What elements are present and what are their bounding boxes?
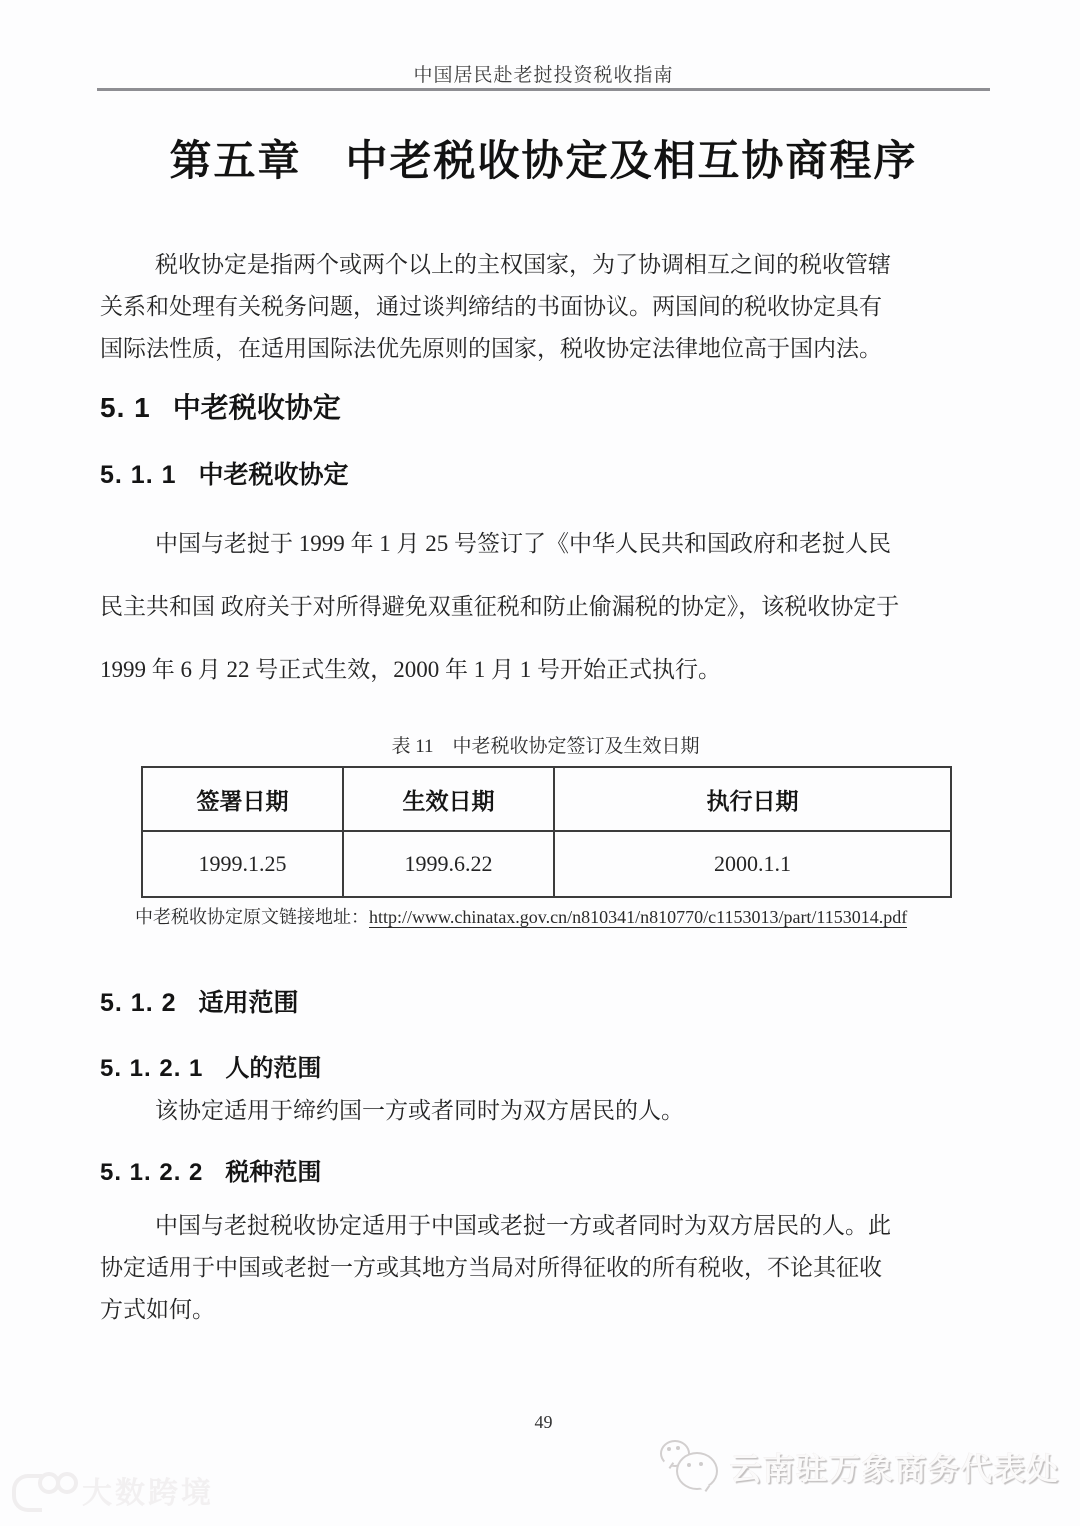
paragraph-line: 中国与老挝税收协定适用于中国或老挝一方或者同时为双方居民的人。此 bbox=[100, 1205, 986, 1247]
section-number: 5. 1. 1 bbox=[100, 461, 177, 489]
tax-scope-paragraph: 中国与老挝税收协定适用于中国或老挝一方或者同时为双方居民的人。此 协定适用于中国… bbox=[100, 1205, 986, 1331]
chapter-title: 第五章 中老税收协定及相互协商程序 bbox=[97, 128, 990, 188]
paragraph-line: 中国与老挝于 1999 年 1 月 25 号签订了《中华人民共和国政府和老挝人民 bbox=[100, 512, 986, 575]
section-heading-5-1-2-1: 5. 1. 2. 1人的范围 bbox=[100, 1048, 321, 1083]
paragraph-line: 民主共和国 政府关于对所得避免双重征税和防止偷漏税的协定》，该税收协定于 bbox=[100, 575, 986, 638]
section-number: 5. 1. 2. 1 bbox=[100, 1055, 203, 1082]
section-title: 适用范围 bbox=[199, 989, 299, 1017]
table-cell: 1999.6.22 bbox=[343, 831, 554, 897]
table-caption: 表 11 中老税收协定签订及生效日期 bbox=[141, 731, 950, 758]
section-title: 中老税收协定 bbox=[199, 461, 349, 489]
treaty-dates-table: 签署日期 生效日期 执行日期 1999.1.25 1999.6.22 2000.… bbox=[141, 766, 952, 898]
running-header: 中国居民赴老挝投资税收指南 bbox=[97, 60, 990, 87]
header-divider bbox=[97, 88, 990, 91]
section-title: 税种范围 bbox=[225, 1159, 321, 1186]
section-number: 5. 1. 2. 2 bbox=[100, 1159, 203, 1186]
paragraph-line: 关系和处理有关税务问题，通过谈判缔结的书面协议。两国间的税收协定具有 bbox=[100, 286, 986, 328]
table-header-cell: 执行日期 bbox=[554, 767, 951, 831]
left-watermark: 大数跨境 bbox=[12, 1468, 214, 1512]
section-heading-5-1-2-2: 5. 1. 2. 2税种范围 bbox=[100, 1152, 321, 1187]
table-header-row: 签署日期 生效日期 执行日期 bbox=[142, 767, 951, 831]
left-watermark-text: 大数跨境 bbox=[82, 1468, 214, 1512]
right-watermark-text: 云南驻万象商务代表处 bbox=[730, 1444, 1060, 1489]
paragraph-line: 税收协定是指两个或两个以上的主权国家，为了协调相互之间的税收管辖 bbox=[100, 244, 986, 286]
table-header-cell: 生效日期 bbox=[343, 767, 554, 831]
person-scope-text: 该协定适用于缔约国一方或者同时为双方居民的人。 bbox=[100, 1090, 986, 1132]
agreement-paragraph: 中国与老挝于 1999 年 1 月 25 号签订了《中华人民共和国政府和老挝人民… bbox=[100, 512, 986, 701]
treaty-source-link-line: 中老税收协定原文链接地址：http://www.chinatax.gov.cn/… bbox=[135, 903, 995, 929]
treaty-pdf-link[interactable]: http://www.chinatax.gov.cn/n810341/n8107… bbox=[369, 907, 907, 928]
paragraph-line: 1999 年 6 月 22 号正式生效，2000 年 1 月 1 号开始正式执行… bbox=[100, 638, 986, 701]
paragraph-line: 国际法性质，在适用国际法优先原则的国家，税收协定法律地位高于国内法。 bbox=[100, 328, 986, 370]
table-header-cell: 签署日期 bbox=[142, 767, 343, 831]
right-watermark: 云南驻万象商务代表处 bbox=[658, 1438, 1060, 1494]
wechat-icon bbox=[658, 1438, 722, 1494]
section-number: 5. 1. 2 bbox=[100, 989, 177, 1017]
page-number: 49 bbox=[97, 1412, 990, 1433]
section-heading-5-1: 5. 1中老税收协定 bbox=[100, 386, 341, 426]
document-page: 中国居民赴老挝投资税收指南 第五章 中老税收协定及相互协商程序 税收协定是指两个… bbox=[0, 0, 1080, 1526]
link-label: 中老税收协定原文链接地址： bbox=[135, 907, 369, 927]
paragraph-line: 协定适用于中国或老挝一方或其地方当局对所得征收的所有税收，不论其征收 bbox=[100, 1247, 986, 1289]
table-cell: 2000.1.1 bbox=[554, 831, 951, 897]
intro-paragraph: 税收协定是指两个或两个以上的主权国家，为了协调相互之间的税收管辖 关系和处理有关… bbox=[100, 244, 986, 370]
section-number: 5. 1 bbox=[100, 392, 151, 423]
section-title: 中老税收协定 bbox=[173, 392, 341, 423]
paragraph-line: 方式如何。 bbox=[100, 1289, 986, 1331]
table-cell: 1999.1.25 bbox=[142, 831, 343, 897]
section-title: 人的范围 bbox=[225, 1055, 321, 1082]
section-heading-5-1-2: 5. 1. 2适用范围 bbox=[100, 983, 299, 1019]
section-heading-5-1-1: 5. 1. 1中老税收协定 bbox=[100, 455, 349, 491]
brand-icon bbox=[12, 1470, 72, 1510]
table-row: 1999.1.25 1999.6.22 2000.1.1 bbox=[142, 831, 951, 897]
